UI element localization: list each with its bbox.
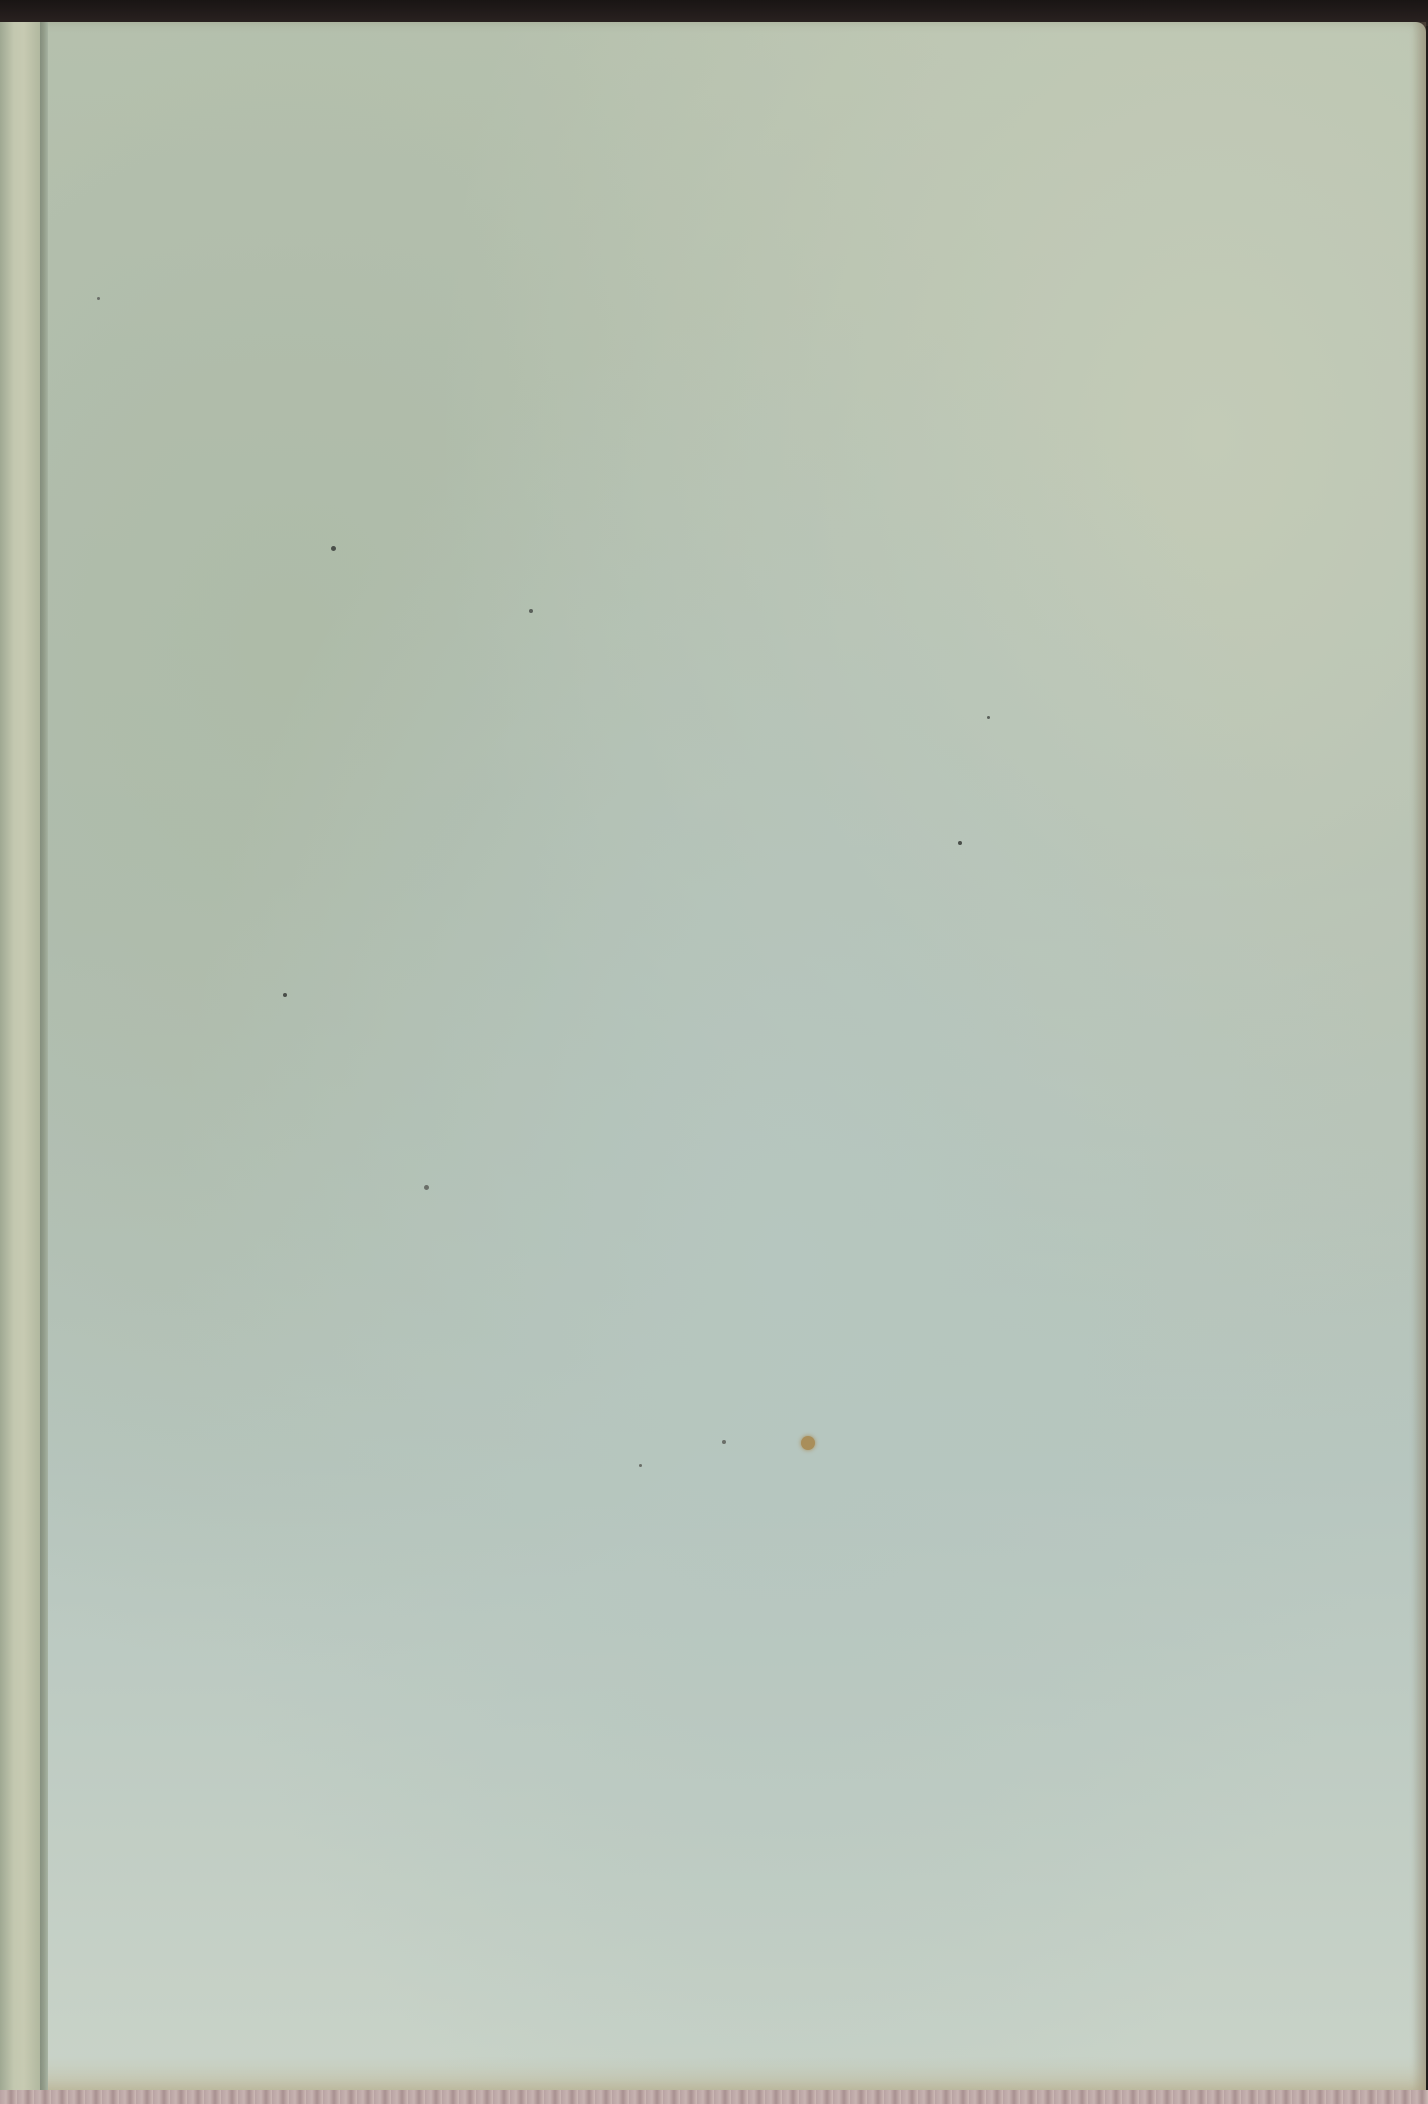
book — [0, 22, 1426, 2092]
cover-speck — [801, 1436, 815, 1450]
cover-speck — [283, 993, 287, 997]
book-spine — [0, 22, 40, 2092]
book-hinge — [40, 22, 48, 2092]
cover-speck — [958, 841, 962, 845]
cover-speck — [331, 546, 336, 551]
cover-speck — [639, 1464, 642, 1467]
background-bottom — [0, 2090, 1428, 2104]
cover-speck — [987, 716, 990, 719]
cover-speck — [722, 1440, 726, 1444]
cover-speck — [529, 609, 533, 613]
cover-speck — [424, 1185, 429, 1190]
cover-edge — [1412, 22, 1426, 2092]
book-cover — [48, 22, 1426, 2092]
cover-speck — [97, 297, 100, 300]
cover-bottom-stain — [48, 2056, 1426, 2092]
photo-scene — [0, 0, 1428, 2104]
